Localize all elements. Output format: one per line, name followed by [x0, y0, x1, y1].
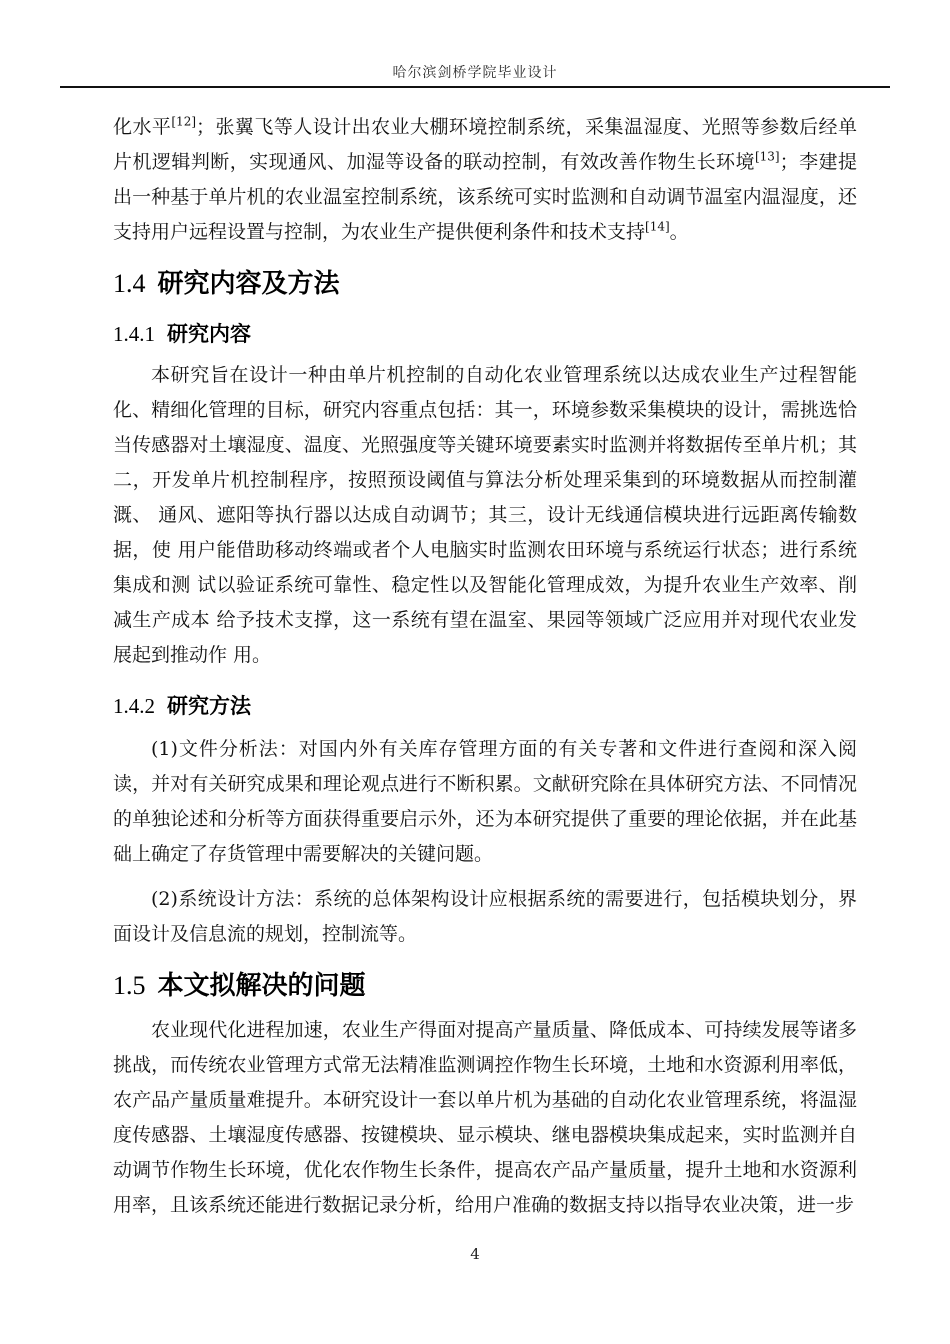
page-body: 化水平[12]；张翼飞等人设计出农业大棚环境控制系统，采集温湿度、光照等参数后经…	[0, 88, 950, 1223]
section-heading-1-4-2: 1.4.2研究方法	[113, 691, 857, 722]
thesis-page: 哈尔滨剑桥学院毕业设计 化水平[12]；张翼飞等人设计出农业大棚环境控制系统，采…	[0, 0, 950, 1344]
section-number-1-4: 1.4	[113, 269, 146, 298]
section-heading-1-5: 1.5本文拟解决的问题	[113, 968, 857, 1003]
page-footer: 4	[0, 1244, 950, 1263]
section-number-1-5: 1.5	[113, 971, 146, 1000]
section-heading-1-4-1: 1.4.1研究内容	[113, 319, 857, 350]
section-title-1-4: 研究内容及方法	[158, 268, 340, 298]
section-heading-1-4: 1.4研究内容及方法	[113, 266, 857, 301]
paragraph-literature-review-continuation: 化水平[12]；张翼飞等人设计出农业大棚环境控制系统，采集温湿度、光照等参数后经…	[113, 110, 857, 250]
section-number-1-4-1: 1.4.1	[113, 322, 155, 346]
section-title-1-5: 本文拟解决的问题	[158, 970, 366, 1000]
running-header-title: 哈尔滨剑桥学院毕业设计	[0, 64, 950, 82]
paragraph-research-content: 本研究旨在设计一种由单片机控制的自动化农业管理系统以达成农业生产过程智能化、精细…	[113, 358, 857, 673]
paragraph-method-document-analysis: (1)文件分析法：对国内外有关库存管理方面的有关专著和文件进行查阅和深入阅读，并…	[113, 732, 857, 872]
section-number-1-4-2: 1.4.2	[113, 694, 155, 718]
paragraph-method-system-design: (2)系统设计方法：系统的总体架构设计应根据系统的需要进行，包括模块划分，界面设…	[113, 882, 857, 952]
paragraph-problems-to-solve: 农业现代化进程加速，农业生产得面对提高产量质量、降低成本、可持续发展等诸多挑战，…	[113, 1013, 857, 1223]
page-number: 4	[470, 1245, 480, 1263]
section-title-1-4-2: 研究方法	[167, 695, 251, 718]
section-title-1-4-1: 研究内容	[167, 323, 251, 346]
running-header: 哈尔滨剑桥学院毕业设计	[0, 0, 950, 82]
